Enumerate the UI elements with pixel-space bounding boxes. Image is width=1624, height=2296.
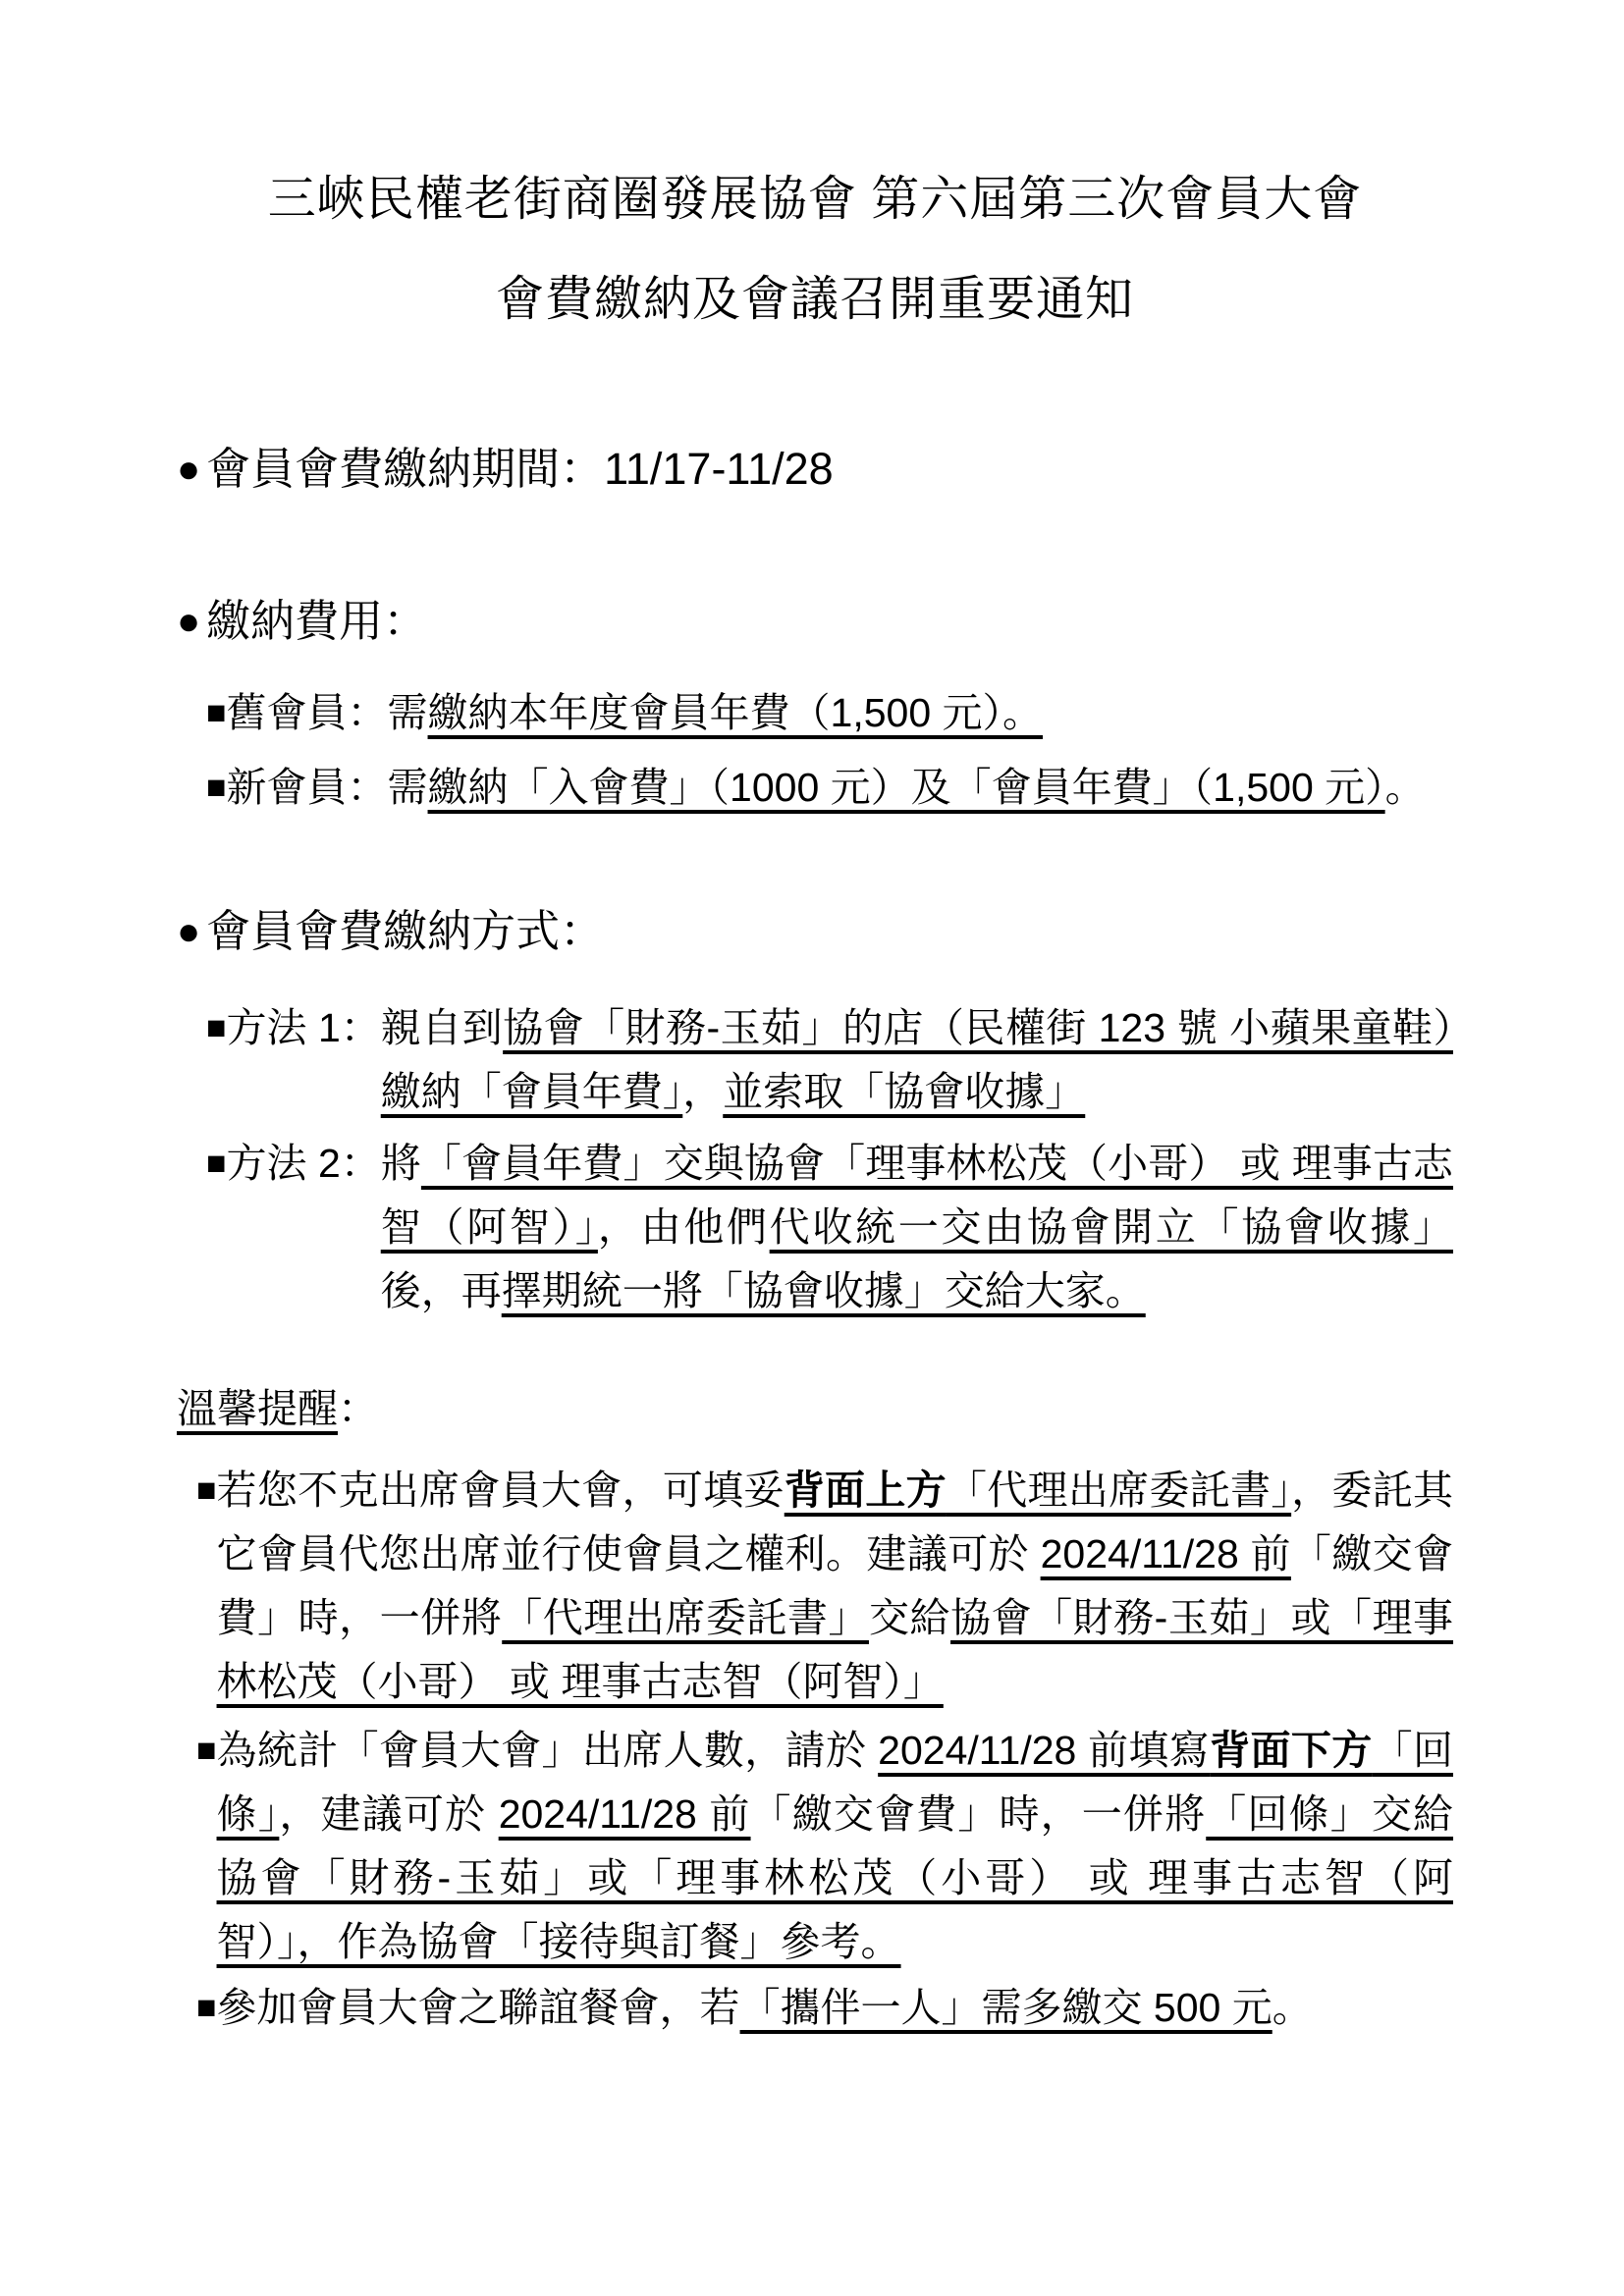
square-bullet-icon: ■ — [206, 756, 227, 820]
method-label: 方法 1： — [227, 996, 381, 1060]
reminders-heading-text: 溫馨提醒： — [177, 1386, 378, 1431]
heading-payment-methods: ● 會員會費繳納方式： — [177, 903, 1453, 960]
method-item-2: ■ 方法 2： 將「會員年費」交與協會「理事林松茂（小哥） 或 理事古志智（阿智… — [177, 1132, 1453, 1323]
fee-item-new-member-text: 新會員：需繳納「入會費」（1000 元）及「會員年費」（1,500 元）。 — [227, 756, 1453, 820]
heading-fees: ● 繳納費用： — [177, 593, 1453, 650]
method-item-2-text: 將「會員年費」交與協會「理事林松茂（小哥） 或 理事古志智（阿智）」，由他們代收… — [381, 1132, 1453, 1323]
payment-period-text: 會員會費繳納期間：11/17-11/28 — [206, 441, 1453, 498]
document-title: 三峽民權老街商圈發展協會 第六屆第三次會員大會 — [177, 169, 1453, 230]
reminder-item-reply-slip-text: 為統計「會員大會」出席人數，請於 2024/11/28 前填寫背面下方「回條」，… — [217, 1719, 1453, 1974]
fee-item-new-member: ■ 新會員：需繳納「入會費」（1000 元）及「會員年費」（1,500 元）。 — [177, 756, 1453, 820]
circle-bullet-icon: ● — [177, 593, 200, 650]
document-subtitle: 會費繳納及會議召開重要通知 — [177, 269, 1453, 330]
payment-methods-heading-text: 會員會費繳納方式： — [206, 903, 1453, 960]
method-item-1-text: 親自到協會「財務-玉茹」的店（民權街 123 號 小蘋果童鞋）繳納「會員年費」，… — [381, 996, 1453, 1124]
square-bullet-icon: ■ — [196, 1976, 217, 2040]
square-bullet-icon: ■ — [206, 681, 227, 745]
reminder-item-proxy-text: 若您不克出席會員大會，可填妥背面上方「代理出席委託書」，委託其它會員代您出席並行… — [217, 1459, 1453, 1714]
document-page: 三峽民權老街商圈發展協會 第六屆第三次會員大會 會費繳納及會議召開重要通知 ● … — [0, 0, 1624, 2296]
method-item-1: ■ 方法 1： 親自到協會「財務-玉茹」的店（民權街 123 號 小蘋果童鞋）繳… — [177, 996, 1453, 1124]
reminder-item-reply-slip: ■ 為統計「會員大會」出席人數，請於 2024/11/28 前填寫背面下方「回條… — [177, 1719, 1453, 1974]
method-label: 方法 2： — [227, 1132, 381, 1196]
fees-heading-text: 繳納費用： — [206, 593, 1453, 650]
square-bullet-icon: ■ — [196, 1719, 217, 1783]
heading-payment-period: ● 會員會費繳納期間：11/17-11/28 — [177, 441, 1453, 498]
square-bullet-icon: ■ — [196, 1459, 217, 1522]
square-bullet-icon: ■ — [206, 1132, 227, 1196]
reminder-item-companion-fee: ■ 參加會員大會之聯誼餐會，若「攜伴一人」需多繳交 500 元。 — [177, 1976, 1453, 2040]
reminder-item-companion-fee-text: 參加會員大會之聯誼餐會，若「攜伴一人」需多繳交 500 元。 — [217, 1976, 1453, 2040]
square-bullet-icon: ■ — [206, 996, 227, 1060]
reminder-item-proxy: ■ 若您不克出席會員大會，可填妥背面上方「代理出席委託書」，委託其它會員代您出席… — [177, 1459, 1453, 1714]
circle-bullet-icon: ● — [177, 441, 200, 498]
circle-bullet-icon: ● — [177, 903, 200, 960]
fee-item-old-member-text: 舊會員：需繳納本年度會員年費（1,500 元）。 — [227, 681, 1453, 745]
reminders-heading: 溫馨提醒： — [177, 1377, 1453, 1441]
fee-item-old-member: ■ 舊會員：需繳納本年度會員年費（1,500 元）。 — [177, 681, 1453, 745]
